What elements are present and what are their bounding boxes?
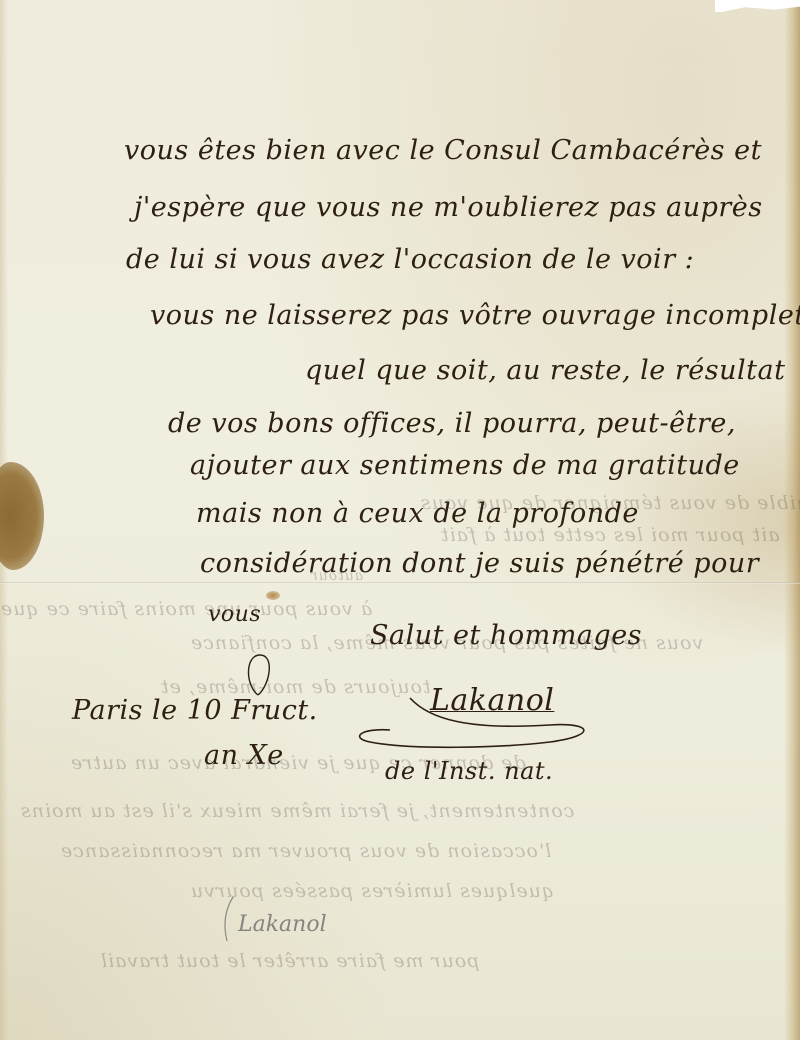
pencil-annotation: Lakanol bbox=[238, 912, 327, 937]
signature-title: de l'Inst. nat. bbox=[385, 757, 553, 785]
letter-line-1: vous êtes bien avec le Consul Cambacérès… bbox=[124, 135, 762, 166]
closing-salutation: Salut et hommages bbox=[370, 620, 642, 651]
letter-line-7: ajouter aux sentimens de ma gratitude bbox=[190, 450, 740, 481]
bleed-line: à vous pour une moins faire ce que bbox=[0, 598, 372, 620]
letter-line-6: de vos bons offices, il pourra, peut-êtr… bbox=[168, 408, 736, 439]
letter-page: le pour la pénible de vous témoigner de … bbox=[0, 0, 800, 1046]
paper-right-edge bbox=[784, 0, 800, 1046]
republican-year: an Xe bbox=[204, 740, 284, 771]
letter-line-10: vous bbox=[208, 602, 261, 627]
fold-line bbox=[0, 582, 800, 584]
letter-line-5: quel que soit, au reste, le résultat bbox=[305, 355, 785, 386]
date-loop-icon bbox=[240, 650, 280, 700]
letter-line-2: j'espère que vous ne m'oublierez pas aup… bbox=[134, 192, 763, 223]
letter-line-9: considération dont je suis pénétré pour bbox=[200, 548, 759, 579]
signature-flourish-icon bbox=[350, 690, 610, 760]
letter-line-4: vous ne laisserez pas vôtre ouvrage inco… bbox=[150, 300, 800, 331]
place-date: Paris le 10 Fruct. bbox=[72, 695, 318, 726]
letter-line-3: de lui si vous avez l'occasion de le voi… bbox=[126, 244, 694, 275]
bleed-line: l'occasion de vous prouver ma reconnaiss… bbox=[60, 840, 551, 862]
paper-bottom-edge bbox=[0, 1040, 800, 1046]
bleed-line: pour me faire arrêter le tout travail bbox=[100, 950, 479, 972]
letter-line-8: mais non à ceux de la profonde bbox=[196, 498, 639, 529]
bleed-line: contentement, je ferai même mieux s'il e… bbox=[20, 800, 574, 822]
ink-stain bbox=[0, 462, 44, 570]
